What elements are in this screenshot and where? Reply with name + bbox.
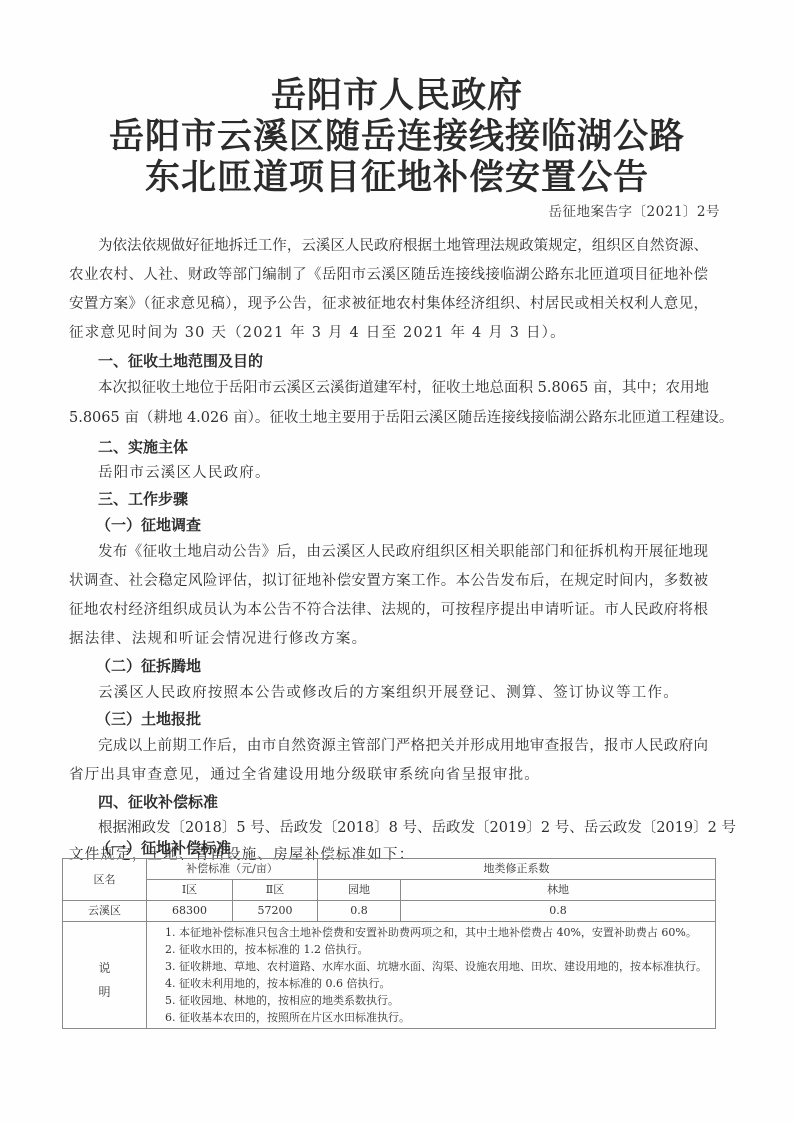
subsection-heading-3-2: （二）征拆腾地 [96,656,201,676]
section1-line: 5.8065 亩（耕地 4.026 亩）。征收土地主要用于岳阳云溪区随岳连接线接… [69,408,708,428]
section3-sub2-line: 云溪区人民政府按照本公告或修改后的方案组织开展登记、测算、签订协议等工作。 [98,683,708,703]
title-line-2: 岳阳市云溪区随岳连接线接临湖公路 [0,117,794,157]
cell-zone2: 57200 [233,901,318,922]
section1-line: 本次拟征收土地位于岳阳市云溪区云溪街道建军村，征收土地总面积 5.8065 亩，… [98,378,708,398]
subsection-heading-3-3: （三）土地报批 [96,709,201,729]
intro-line: 安置方案》（征求意见稿），现予公告，征求被征地农村集体经济组织、村居民或相关权利… [69,294,708,314]
section3-sub3-line: 完成以上前期工作后，由市自然资源主管部门严格把关并形成用地审查报告，报市人民政府… [98,736,708,756]
title-line-3: 东北匝道项目征地补偿安置公告 [0,158,794,198]
document-page: 岳阳市人民政府 岳阳市云溪区随岳连接线接临湖公路 东北匝道项目征地补偿安置公告 … [0,0,794,1122]
title-line-1: 岳阳市人民政府 [0,76,794,116]
table-header-row: 区名 补偿标准（元/亩） 地类修正系数 [63,859,716,880]
notes-label-char-2: 明 [63,982,146,1002]
subsection-heading-3-1: （一）征地调查 [96,515,201,535]
note-item: 5. 征收园地、林地的，按相应的地类系数执行。 [165,992,715,1009]
intro-line: 征求意见时间为 30 天（2021 年 3 月 4 日至 2021 年 4 月 … [69,323,708,343]
table-row: 云溪区 68300 57200 0.8 0.8 [63,901,716,922]
note-item: 1. 本征地补偿标准只包含土地补偿费和安置补助费两项之和，其中土地补偿费占 40… [165,924,715,941]
section4-line: 根据湘政发〔2018〕5 号、岳政发〔2018〕8 号、岳政发〔2019〕2 号… [98,818,708,838]
table-notes-row: 说 明 1. 本征地补偿标准只包含土地补偿费和安置补助费两项之和，其中土地补偿费… [63,922,716,1029]
header-zone2: Ⅱ区 [233,880,318,901]
header-garden: 园地 [318,880,401,901]
document-number: 岳征地案告字〔2021〕2号 [520,202,720,222]
compensation-table: 区名 补偿标准（元/亩） 地类修正系数 Ⅰ区 Ⅱ区 园地 林地 云溪区 6830… [62,858,716,1029]
section-heading-4: 四、征收补偿标准 [98,792,218,812]
section-heading-3: 三、工作步骤 [98,489,188,509]
note-item: 6. 征收基本农田的，按照所在片区水田标准执行。 [165,1009,715,1026]
cell-district: 云溪区 [63,901,147,922]
header-standard: 补偿标准（元/亩） [147,859,318,880]
cell-forest: 0.8 [401,901,716,922]
table-subheader-row: Ⅰ区 Ⅱ区 园地 林地 [63,880,716,901]
intro-line: 为依法依规做好征地拆迁工作，云溪区人民政府根据土地管理法规政策规定，组织区自然资… [98,236,708,256]
notes-content: 1. 本征地补偿标准只包含土地补偿费和安置补助费两项之和，其中土地补偿费占 40… [147,922,716,1029]
header-coefficient: 地类修正系数 [318,859,716,880]
section2-line: 岳阳市云溪区人民政府。 [98,463,708,483]
cell-garden: 0.8 [318,901,401,922]
note-item: 4. 征收未利用地的，按本标准的 0.6 倍执行。 [165,975,715,992]
intro-line: 农业农村、人社、财政等部门编制了《岳阳市云溪区随岳连接线接临湖公路东北匝道项目征… [69,265,708,285]
section3-sub1-line: 发布《征收土地启动公告》后，由云溪区人民政府组织区相关职能部门和征拆机构开展征地… [98,542,708,562]
section3-sub1-line: 状调查、社会稳定风险评估，拟订征地补偿安置方案工作。本公告发布后，在规定时间内，… [69,571,708,591]
cell-zone1: 68300 [147,901,233,922]
section3-sub1-line: 征地农村经济组织成员认为本公告不符合法律、法规的，可按程序提出申请听证。市人民政… [69,600,708,620]
header-zone1: Ⅰ区 [147,880,233,901]
note-item: 2. 征收水田的，按本标准的 1.2 倍执行。 [165,941,715,958]
note-item: 3. 征收耕地、草地、农村道路、水库水面、坑塘水面、沟渠、设施农用地、田坎、建设… [165,958,715,975]
section3-sub3-line: 省厅出具审查意见，通过全省建设用地分级联审系统向省呈报审批。 [69,765,708,785]
notes-label: 说 明 [63,922,147,1029]
header-forest: 林地 [401,880,716,901]
subsection-heading-4-1: （一）征地补偿标准 [96,838,231,858]
section-heading-1: 一、征收土地范围及目的 [98,351,263,371]
header-district: 区名 [63,859,147,901]
section-heading-2: 二、实施主体 [98,437,188,457]
section3-sub1-line: 据法律、法规和听证会情况进行修改方案。 [69,629,708,649]
